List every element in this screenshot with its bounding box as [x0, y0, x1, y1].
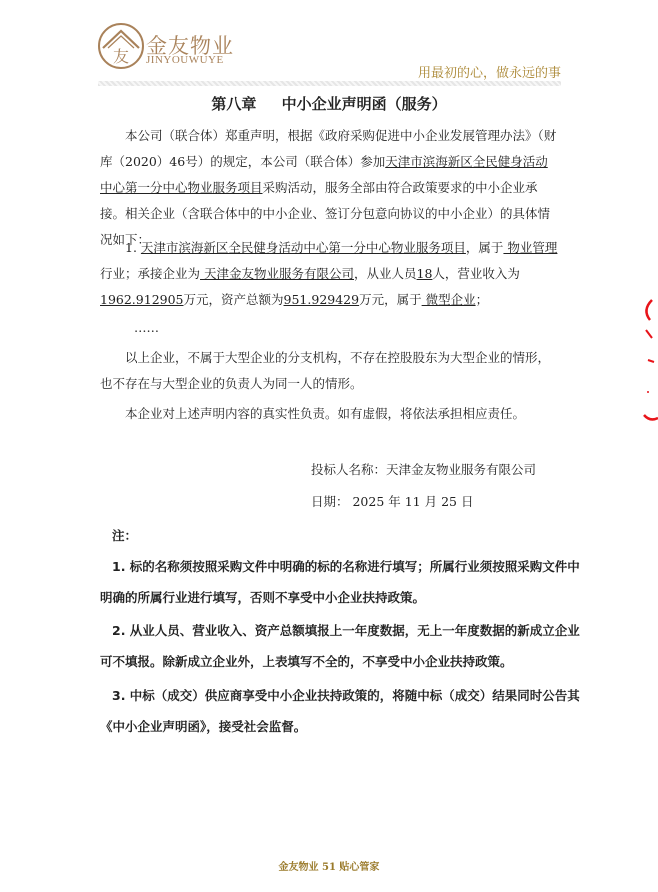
item-text: 行业；承接企业为 — [100, 266, 200, 281]
brand-name-en: JINYOUWUYE — [146, 54, 224, 66]
note-item: 2. 从业人员、营业收入、资产总额填报上一年度数据，无上一年度数据的新成立企业可… — [100, 615, 580, 677]
item-text: ，从业人员 — [354, 266, 417, 281]
item-assets: 951.929429 — [284, 292, 360, 307]
note-item: 3. 中标（成交）供应商享受中小企业扶持政策的，将随中标（成交）结果同时公告其《… — [100, 680, 580, 742]
enterprise-item-1: 1. 天津市滨海新区全民健身活动中心第一分中心物业服务项目，属于 物业管理 行业… — [100, 235, 560, 313]
declaration-paragraph: 本公司（联合体）郑重声明，根据《政府采购促进中小企业发展管理办法》（财库（202… — [100, 123, 560, 253]
chapter-name: 中小企业声明函（服务） — [282, 95, 447, 113]
item-text: 人，营业收入为 — [432, 266, 520, 281]
page-footer: 金友物业 51 贴心管家 — [0, 858, 658, 873]
item-company: 天津金友物业服务有限公司 — [200, 266, 354, 281]
sign-date: 日期： 2025 年 11 月 25 日 — [311, 492, 473, 510]
chapter-label: 第八章 — [211, 95, 256, 113]
slogan: 用最初的心，做永远的事 — [418, 62, 561, 81]
page-title: 第八章 中小企业声明函（服务） — [0, 93, 658, 114]
item-text: 万元，资产总额为 — [184, 292, 284, 307]
item-project: 天津市滨海新区全民健身活动中心第一分中心物业服务项目 — [141, 240, 466, 255]
ellipsis: …… — [134, 315, 594, 341]
item-revenue: 1962.912905 — [100, 292, 184, 307]
company-logo-icon: 友 — [97, 22, 145, 70]
item-number: 1. — [125, 240, 141, 255]
item-industry: 物业管理 — [503, 240, 557, 255]
notes-label: 注： — [112, 520, 592, 551]
item-text: 万元，属于 — [359, 292, 422, 307]
note-item: 1. 标的名称须按照采购文件中明确的标的名称进行填写；所属行业须按照采购文件中明… — [100, 551, 580, 613]
header-divider — [98, 81, 561, 86]
item-text: ，属于 — [466, 240, 504, 255]
item-type: 微型企业 — [422, 292, 476, 307]
red-seal-stamp-icon — [640, 290, 658, 430]
responsibility-paragraph: 本企业对上述声明内容的真实性负责。如有虚假，将依法承担相应责任。 — [100, 401, 560, 427]
svg-text:友: 友 — [113, 47, 129, 66]
bidder-name: 投标人名称：天津金友物业服务有限公司 — [311, 460, 536, 478]
item-text: ； — [476, 292, 489, 307]
item-employees: 18 — [417, 266, 433, 281]
statement-paragraph: 以上企业，不属于大型企业的分支机构，不存在控股股东为大型企业的情形，也不存在与大… — [100, 345, 560, 397]
